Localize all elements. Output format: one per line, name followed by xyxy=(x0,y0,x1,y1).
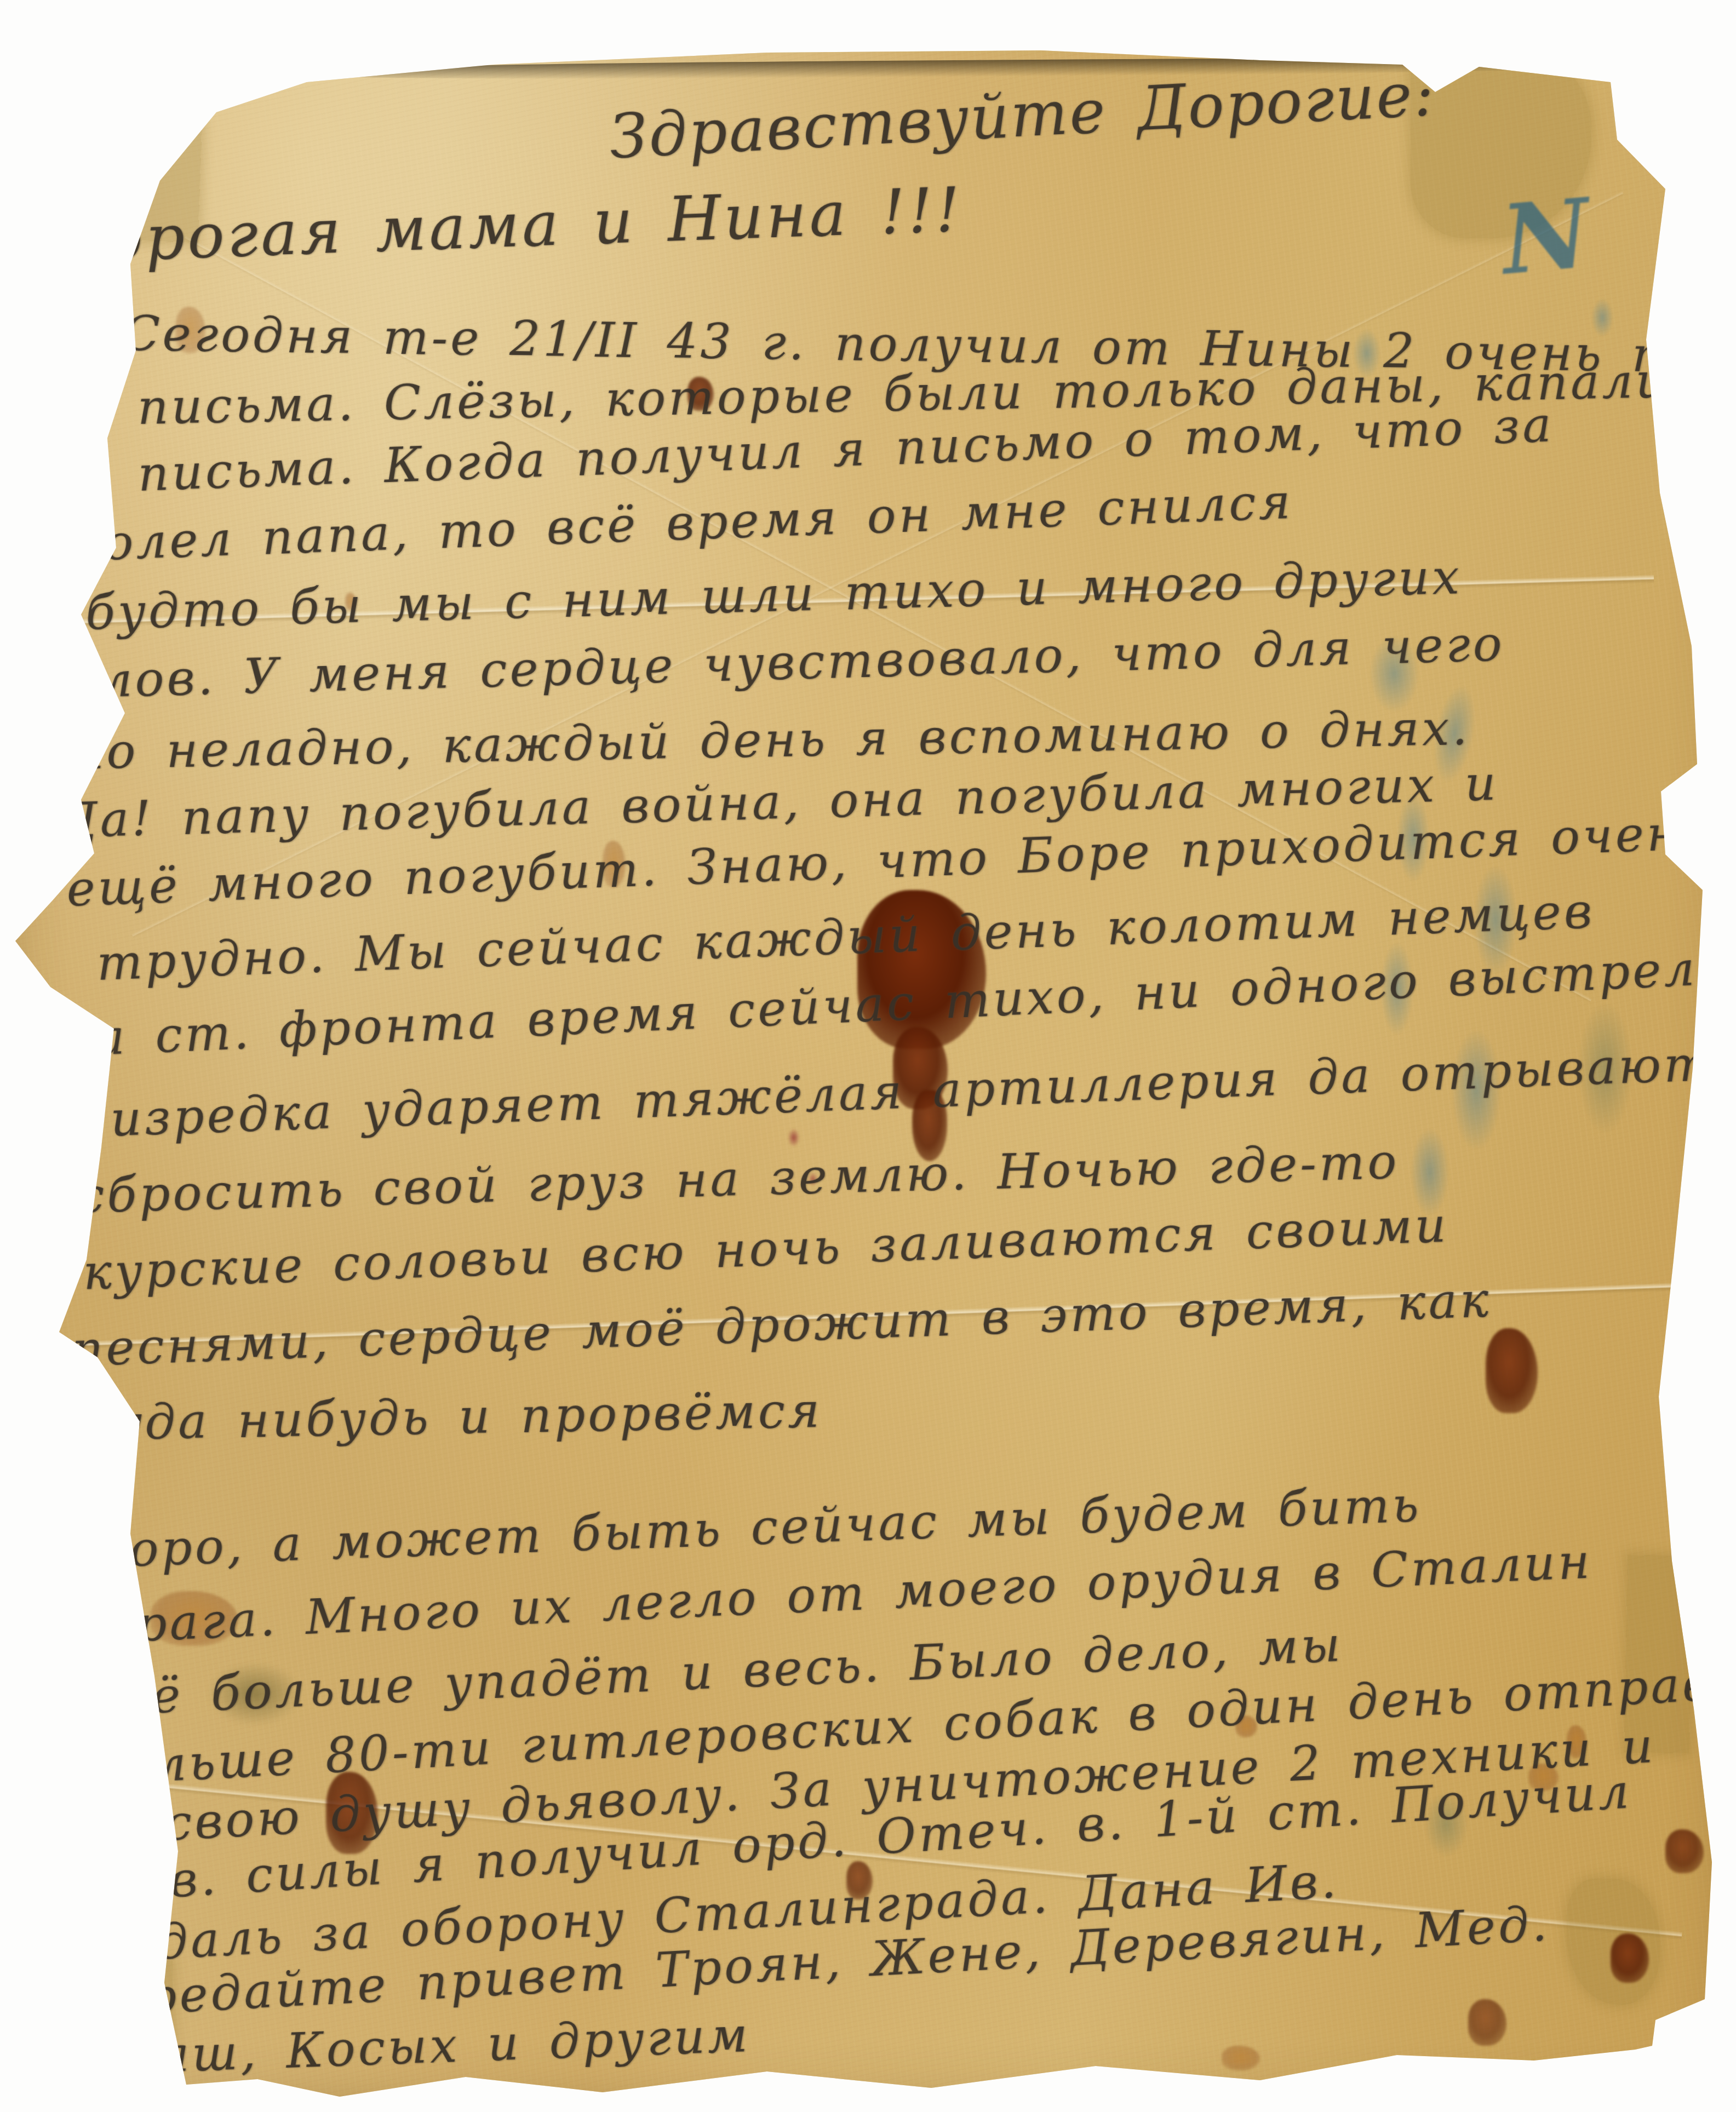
blue-letter-mark: N xyxy=(1498,185,1594,288)
letter-paper: N Здравствуйте Дорогие: Дорогая мама и Н… xyxy=(0,0,1736,2112)
red-speck-1 xyxy=(788,1128,800,1147)
stain-right-side xyxy=(1486,1328,1538,1413)
stain-bottom-7 xyxy=(1222,2046,1260,2070)
scanner-background: { "document_type": "handwritten letter s… xyxy=(0,0,1736,2112)
paper-top-edge-shadow xyxy=(304,56,1619,82)
stain-bottom-4 xyxy=(1611,1933,1649,1983)
letter-line: куда нибудь и прорвёмся xyxy=(82,1386,823,1448)
tape-bottom-left xyxy=(82,1961,173,2084)
stain-bottom-6 xyxy=(1468,1999,1506,2046)
letter-heading: Здравствуйте Дорогие: xyxy=(608,64,1437,167)
stain-bottom-5 xyxy=(1665,1829,1704,1873)
letter-line: Юраш, Косых и другим xyxy=(66,2011,751,2083)
